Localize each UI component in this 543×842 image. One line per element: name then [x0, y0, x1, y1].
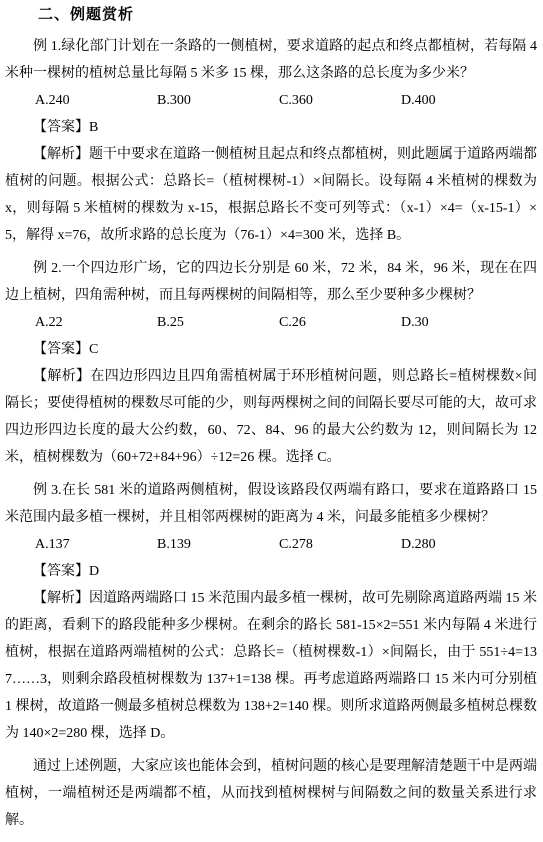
problem-block-2: 例 2.一个四边形广场，它的四边长分别是 60 米，72 米，84 米，96 米… — [5, 255, 537, 471]
problem-2-option-b: B.25 — [157, 309, 279, 336]
problem-1-option-d: D.400 — [401, 87, 436, 114]
problem-3-option-d: D.280 — [401, 531, 436, 558]
answer-value: C — [89, 342, 98, 357]
analysis-text: 因道路两端路口 15 米范围内最多植一棵树，故可先剔除离道路两端 15 米的距离… — [5, 591, 537, 741]
problem-3-option-a: A.137 — [35, 531, 157, 558]
problem-1-options-row: A.240B.300C.360D.400 — [5, 87, 537, 114]
problem-3-option-b: B.139 — [157, 531, 279, 558]
problem-1-option-a: A.240 — [35, 87, 157, 114]
problem-3-answer-line: 【答案】D — [5, 558, 537, 585]
problem-3-options-row: A.137B.139C.278D.280 — [5, 531, 537, 558]
answer-label: 【答案】 — [33, 564, 89, 579]
problem-3-option-c: C.278 — [279, 531, 401, 558]
problem-1-answer-line: 【答案】B — [5, 114, 537, 141]
analysis-label: 【解析】 — [33, 369, 90, 384]
section-title: 二、例题赏析 — [38, 3, 537, 27]
problem-2-option-d: D.30 — [401, 309, 429, 336]
answer-label: 【答案】 — [33, 342, 89, 357]
problem-2-options-row: A.22B.25C.26D.30 — [5, 309, 537, 336]
problem-1-option-b: B.300 — [157, 87, 279, 114]
analysis-label: 【解析】 — [33, 591, 89, 606]
problem-block-1: 例 1.绿化部门计划在一条路的一侧植树，要求道路的起点和终点都植树，若每隔 4 … — [5, 33, 537, 249]
problem-3-question: 例 3.在长 581 米的道路两侧植树，假设该路段仅两端有路口，要求在道路路口 … — [5, 477, 537, 531]
answer-label: 【答案】 — [33, 120, 89, 135]
problem-2-option-a: A.22 — [35, 309, 157, 336]
document-page: 二、例题赏析 例 1.绿化部门计划在一条路的一侧植树，要求道路的起点和终点都植树… — [0, 0, 543, 842]
problem-1-question: 例 1.绿化部门计划在一条路的一侧植树，要求道路的起点和终点都植树，若每隔 4 … — [5, 33, 537, 87]
analysis-label: 【解析】 — [33, 147, 89, 162]
problem-2-answer-line: 【答案】C — [5, 336, 537, 363]
conclusion-paragraph: 通过上述例题，大家应该也能体会到，植树问题的核心是要理解清楚题干中是两端植树，一… — [5, 753, 537, 834]
answer-value: D — [89, 564, 99, 579]
problem-1-option-c: C.360 — [279, 87, 401, 114]
problem-block-3: 例 3.在长 581 米的道路两侧植树，假设该路段仅两端有路口，要求在道路路口 … — [5, 477, 537, 747]
problem-3-analysis: 【解析】因道路两端路口 15 米范围内最多植一棵树，故可先剔除离道路两端 15 … — [5, 585, 537, 747]
problem-2-analysis: 【解析】在四边形四边且四角需植树属于环形植树问题，则总路长=植树棵数×间隔长；要… — [5, 363, 537, 471]
problem-2-question: 例 2.一个四边形广场，它的四边长分别是 60 米，72 米，84 米，96 米… — [5, 255, 537, 309]
problem-1-analysis: 【解析】题干中要求在道路一侧植树且起点和终点都植树，则此题属于道路两端都植树的问… — [5, 141, 537, 249]
answer-value: B — [89, 120, 98, 135]
problem-2-option-c: C.26 — [279, 309, 401, 336]
